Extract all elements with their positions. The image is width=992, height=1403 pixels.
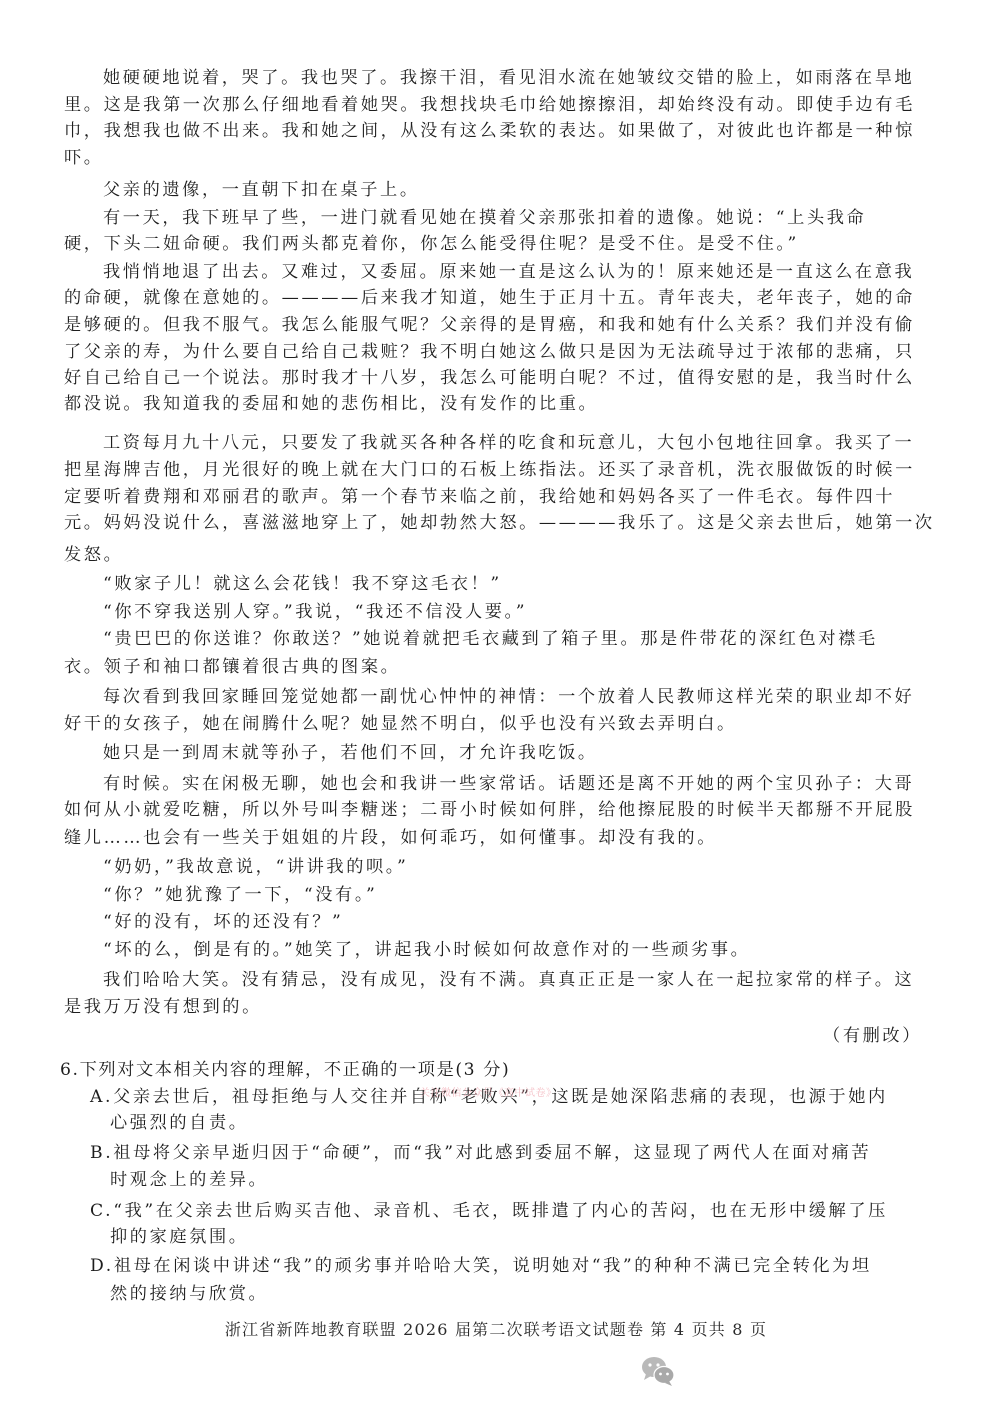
source-note: （有删改）: [823, 1024, 922, 1048]
option-label: D.: [90, 1256, 114, 1276]
wechat-logo-icon: [640, 1355, 676, 1387]
passage-line: “败家子儿！就这么会花钱！我不穿这毛衣！”: [103, 572, 973, 596]
passage-line: 吓。: [64, 146, 934, 170]
passage-line: 有一天，我下班早了些，一进门就看见她在摸着父亲那张扣着的遗像。她说：“上头我命: [103, 206, 973, 230]
passage-line: 工资每月九十八元，只要发了我就买各种各样的吃食和玩意儿，大包小包地往回拿。我买了…: [103, 431, 973, 455]
passage-line: 衣。领子和袖口都镶着很古典的图案。: [64, 655, 934, 679]
passage-line: “坏的么，倒是有的。”她笑了，讲起我小时候如何故意作对的一些顽劣事。: [103, 938, 973, 962]
option-c[interactable]: C.“我”在父亲去世后购买吉他、录音机、毛衣，既排遣了内心的苦闷，也在无形中缓解…: [90, 1199, 960, 1223]
passage-line: 如何从小就爱吃糖，所以外号叫李糖迷；二哥小时候如何胖，给他擦屁股的时候半天都掰不…: [64, 798, 934, 822]
option-text: 祖母将父亲早逝归因于“命硬”，而“我”对此感到委屈不解，这显现了两代人在面对痛苦: [113, 1143, 871, 1163]
passage-line: 了父亲的寿，为什么要自己给自己栽赃？我不明白她这么做只是因为无法疏导过于浓郁的悲…: [64, 340, 934, 364]
passage-line: 缝儿……也会有一些关于姐姐的片段，如何乖巧，如何懂事。却没有我的。: [64, 826, 934, 850]
option-d-continued: 然的接纳与欣赏。: [110, 1282, 980, 1306]
passage-line: 巾，我想我也做不出来。我和她之间，从没有这么柔软的表达。如果做了，对彼此也许都是…: [64, 119, 934, 143]
watermark-text: 关注微信公众号《高中试卷》: [420, 1084, 557, 1099]
passage-line: 我悄悄地退了出去。又难过，又委屈。原来她一直是这么认为的！原来她还是一直这么在意…: [103, 260, 973, 284]
passage-line: 好干的女孩子，她在闹腾什么呢？她显然不明白，似乎也没有兴致去弄明白。: [64, 712, 934, 736]
passage-line: 有时候。实在闲极无聊，她也会和我讲一些家常话。话题还是离不开她的两个宝贝孙子：大…: [103, 772, 973, 796]
passage-line: “奶奶，”我故意说，“讲讲我的呗。”: [103, 855, 973, 879]
passage-line: 元。妈妈没说什么，喜滋滋地穿上了，她却勃然大怒。————我乐了。这是父亲去世后，…: [64, 511, 934, 535]
page-footer: 浙江省新阵地教育联盟 2026 届第二次联考语文试题卷 第 4 页共 8 页: [0, 1317, 992, 1340]
option-label: B.: [90, 1143, 113, 1163]
passage-line: “你不穿我送别人穿。”我说，“我还不信没人要。”: [103, 600, 973, 624]
passage-line: 她只是一到周末就等孙子，若他们不回，才允许我吃饭。: [103, 741, 973, 765]
question-stem: 6.下列对文本相关内容的理解，不正确的一项是(3 分): [60, 1058, 930, 1082]
passage-line: 她硬硬地说着，哭了。我也哭了。我擦干泪，看见泪水流在她皱纹交错的脸上，如雨落在旱…: [103, 66, 973, 90]
passage-line: 每次看到我回家睡回笼觉她都一副忧心忡忡的神情：一个放着人民教师这样光荣的职业却不…: [103, 685, 973, 709]
passage-line: “你？”她犹豫了一下，“没有。”: [103, 883, 973, 907]
option-text: 祖母在闲谈中讲述“我”的顽劣事并哈哈大笑，说明她对“我”的种种不满已完全转化为坦: [114, 1256, 872, 1276]
option-text: “我”在父亲去世后购买吉他、录音机、毛衣，既排遣了内心的苦闷，也在无形中缓解了压: [113, 1201, 888, 1221]
option-label: C.: [90, 1201, 113, 1221]
passage-line: 把星海牌吉他，月光很好的晚上就在大门口的石板上练指法。还买了录音机，洗衣服做饭的…: [64, 458, 934, 482]
passage-line: 是够硬的。但我不服气。我怎么能服气呢？父亲得的是胃癌，和我和她有什么关系？我们并…: [64, 313, 934, 337]
passage-line: 是我万万没有想到的。: [64, 995, 934, 1019]
option-c-continued: 抑的家庭氛围。: [110, 1225, 980, 1249]
passage-line: 的命硬，就像在意她的。————后来我才知道，她生于正月十五。青年丧夫，老年丧子，…: [64, 286, 934, 310]
option-d[interactable]: D.祖母在闲谈中讲述“我”的顽劣事并哈哈大笑，说明她对“我”的种种不满已完全转化…: [90, 1254, 960, 1278]
passage-line: 定要听着费翔和邓丽君的歌声。第一个春节来临之前，我给她和妈妈各买了一件毛衣。每件…: [64, 485, 934, 509]
passage-line: 硬，下头二妞命硬。我们两头都克着你，你怎么能受得住呢？是受不住。是受不住。”: [64, 232, 934, 256]
passage-line: “好的没有，坏的还没有？”: [103, 910, 973, 934]
passage-line: 我们哈哈大笑。没有猜忌，没有成见，没有不满。真真正正是一家人在一起拉家常的样子。…: [103, 968, 973, 992]
passage-line: 都没说。我知道我的委屈和她的悲伤相比，没有发作的比重。: [64, 392, 934, 416]
passage-line: “贵巴巴的你送谁？你敢送？”她说着就把毛衣藏到了箱子里。那是件带花的深红色对襟毛: [103, 627, 973, 651]
exam-page: 她硬硬地说着，哭了。我也哭了。我擦干泪，看见泪水流在她皱纹交错的脸上，如雨落在旱…: [0, 0, 992, 1403]
option-b-continued: 时观念上的差异。: [110, 1168, 980, 1192]
passage-line: 里。这是我第一次那么仔细地看着她哭。我想找块毛巾给她擦擦泪，却始终没有动。即使手…: [64, 93, 934, 117]
option-label: A.: [90, 1087, 113, 1107]
option-b[interactable]: B.祖母将父亲早逝归因于“命硬”，而“我”对此感到委屈不解，这显现了两代人在面对…: [90, 1141, 960, 1165]
passage-line: 好自己给自己一个说法。那时我才十八岁，我怎么可能明白呢？不过，值得安慰的是，我当…: [64, 366, 934, 390]
option-a-continued: 心强烈的自责。: [110, 1111, 980, 1135]
passage-line: 父亲的遗像，一直朝下扣在桌子上。: [103, 178, 973, 202]
passage-line: 发怒。: [64, 543, 934, 567]
